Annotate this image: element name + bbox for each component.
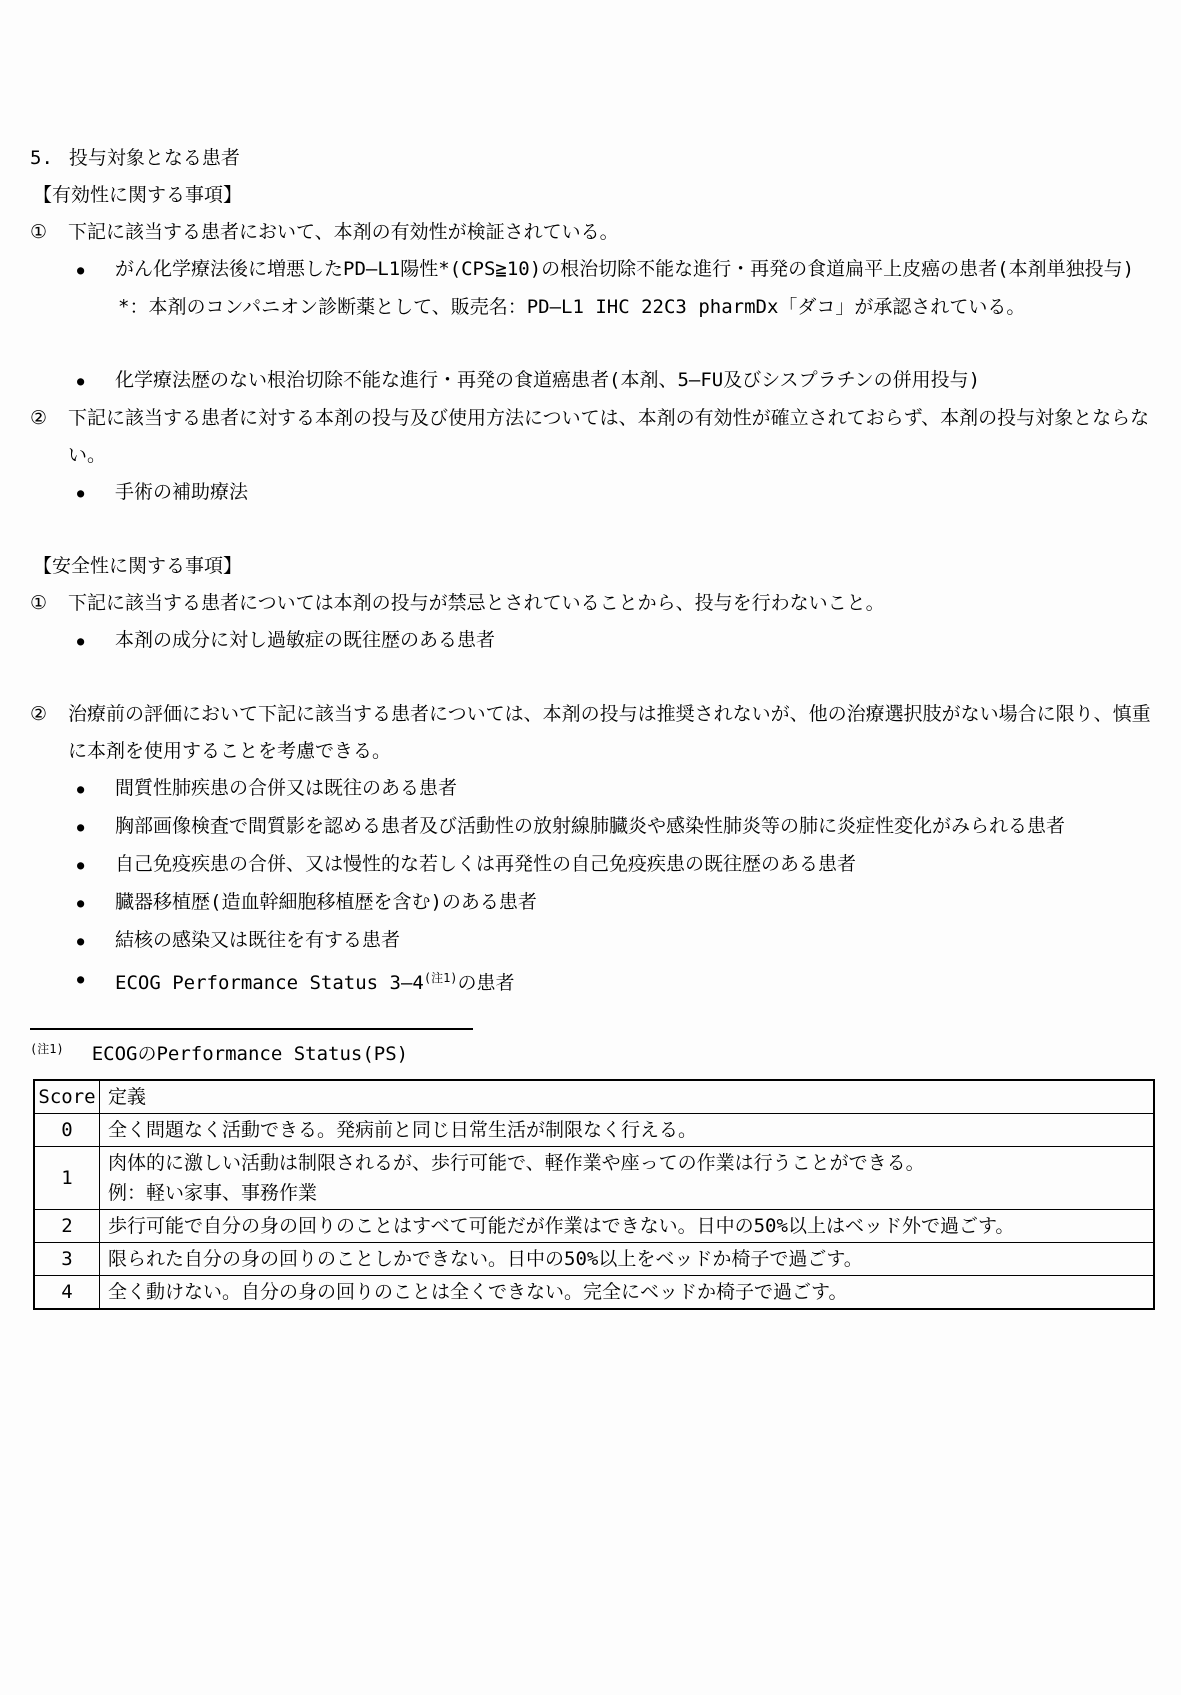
efficacy-item2-bullet-1-text: 手術の補助療法 — [115, 474, 1155, 511]
bullet-icon: ● — [75, 960, 115, 998]
table-row: 4 全く動けない。自分の身の回りのことは全くできない。完全にベッドか椅子で過ごす… — [34, 1276, 1154, 1310]
circled-number-icon: ② — [30, 696, 68, 733]
safety-item2-bullet-2-text: 胸部画像検査で間質影を認める患者及び活動性の放射線肺臓炎や感染性肺炎等の肺に炎症… — [115, 808, 1155, 845]
spacer — [30, 660, 1155, 696]
definition-cell: 全く問題なく活動できる。発病前と同じ日常生活が制限なく行える。 — [100, 1114, 1155, 1147]
bullet-icon: ● — [75, 846, 115, 884]
safety-item2-bullet-1-text: 間質性肺疾患の合併又は既往のある患者 — [115, 770, 1155, 807]
safety-item2-bullet-4: ● 臓器移植歴(造血幹細胞移植歴を含む)のある患者 — [75, 884, 1155, 922]
safety-item2-bullet-4-text: 臓器移植歴(造血幹細胞移植歴を含む)のある患者 — [115, 884, 1155, 921]
footnote: (注1)ECOGのPerformance Status(PS) — [30, 1034, 1155, 1069]
safety-item-1-text: 下記に該当する患者については本剤の投与が禁忌とされていることから、投与を行わない… — [68, 585, 1155, 622]
circled-number-icon: ① — [30, 585, 68, 622]
bullet-icon: ● — [75, 922, 115, 960]
definition-cell: 歩行可能で自分の身の回りのことはすべて可能だが作業はできない。日中の50%以上は… — [100, 1210, 1155, 1243]
efficacy-bullet-2: ● 化学療法歴のない根治切除不能な進行・再発の食道癌患者(本剤、5—FU及びシス… — [75, 362, 1155, 400]
spacer — [30, 512, 1155, 548]
bullet-icon: ● — [75, 770, 115, 808]
table-header-score: Score — [34, 1080, 100, 1114]
spacer — [30, 326, 1155, 362]
definition-line-1: 肉体的に激しい活動は制限されるが、歩行可能で、軽作業や座っての作業は行うことがで… — [108, 1148, 1145, 1178]
bullet-icon: ● — [75, 251, 115, 289]
footnote-ref-superscript: (注1) — [424, 971, 458, 985]
bullet-icon: ● — [75, 808, 115, 846]
table-row: 1 肉体的に激しい活動は制限されるが、歩行可能で、軽作業や座っての作業は行うこと… — [34, 1147, 1154, 1210]
bullet-icon: ● — [75, 474, 115, 512]
safety-item-2-text: 治療前の評価において下記に該当する患者については、本剤の投与は推奨されないが、他… — [68, 696, 1155, 770]
efficacy-item-1: ① 下記に該当する患者において、本剤の有効性が検証されている。 — [30, 214, 1155, 251]
table-row: 0 全く問題なく活動できる。発病前と同じ日常生活が制限なく行える。 — [34, 1114, 1154, 1147]
efficacy-item-2: ② 下記に該当する患者に対する本剤の投与及び使用方法については、本剤の有効性が確… — [30, 400, 1155, 474]
safety-item-1: ① 下記に該当する患者については本剤の投与が禁忌とされていることから、投与を行わ… — [30, 585, 1155, 622]
efficacy-heading: 【有効性に関する事項】 — [33, 177, 1155, 214]
safety-item2-bullet-3: ● 自己免疫疾患の合併、又は慢性的な若しくは再発性の自己免疫疾患の既往歴のある患… — [75, 846, 1155, 884]
safety-item2-bullet-5: ● 結核の感染又は既往を有する患者 — [75, 922, 1155, 960]
bullet-icon: ● — [75, 884, 115, 922]
safety-item2-bullet-1: ● 間質性肺疾患の合併又は既往のある患者 — [75, 770, 1155, 808]
safety-item-2: ② 治療前の評価において下記に該当する患者については、本剤の投与は推奨されないが… — [30, 696, 1155, 770]
score-cell: 1 — [34, 1147, 100, 1210]
safety-item2-bullet-ecog-text: ECOG Performance Status 3—4(注1)の患者 — [115, 960, 1155, 1002]
efficacy-item-1-text: 下記に該当する患者において、本剤の有効性が検証されている。 — [68, 214, 1155, 251]
footnote-separator-line — [30, 1028, 473, 1030]
document-content: 5.投与対象となる患者 【有効性に関する事項】 ① 下記に該当する患者において、… — [30, 140, 1155, 1310]
bullet-icon: ● — [75, 362, 115, 400]
efficacy-bullet-1-text: がん化学療法後に増悪したPD—L1陽性*(CPS≧10)の根治切除不能な進行・再… — [115, 251, 1155, 288]
safety-item2-bullet-2: ● 胸部画像検査で間質影を認める患者及び活動性の放射線肺臓炎や感染性肺炎等の肺に… — [75, 808, 1155, 846]
footnote-marker: (注1) — [30, 1042, 64, 1056]
definition-cell: 全く動けない。自分の身の回りのことは全くできない。完全にベッドか椅子で過ごす。 — [100, 1276, 1155, 1310]
score-cell: 4 — [34, 1276, 100, 1310]
definition-cell: 肉体的に激しい活動は制限されるが、歩行可能で、軽作業や座っての作業は行うことがで… — [100, 1147, 1155, 1210]
section-title: 投与対象となる患者 — [69, 140, 240, 177]
document-page: 5.投与対象となる患者 【有効性に関する事項】 ① 下記に該当する患者において、… — [0, 0, 1181, 1695]
safety-item2-bullet-5-text: 結核の感染又は既往を有する患者 — [115, 922, 1155, 959]
safety-item2-bullet-3-text: 自己免疫疾患の合併、又は慢性的な若しくは再発性の自己免疫疾患の既往歴のある患者 — [115, 846, 1155, 883]
safety-item2-bullet-ecog: ● ECOG Performance Status 3—4(注1)の患者 — [75, 960, 1155, 1002]
safety-heading: 【安全性に関する事項】 — [33, 548, 1155, 585]
efficacy-item-2-text: 下記に該当する患者に対する本剤の投与及び使用方法については、本剤の有効性が確立さ… — [68, 400, 1155, 474]
table-row: 2 歩行可能で自分の身の回りのことはすべて可能だが作業はできない。日中の50%以… — [34, 1210, 1154, 1243]
ecog-ps-table: Score 定義 0 全く問題なく活動できる。発病前と同じ日常生活が制限なく行え… — [33, 1079, 1155, 1310]
score-cell: 2 — [34, 1210, 100, 1243]
efficacy-bullet-1: ● がん化学療法後に増悪したPD—L1陽性*(CPS≧10)の根治切除不能な進行… — [75, 251, 1155, 289]
score-cell: 0 — [34, 1114, 100, 1147]
definition-cell: 限られた自分の身の回りのことしかできない。日中の50%以上をベッドか椅子で過ごす… — [100, 1243, 1155, 1276]
safety-item1-bullet-1: ● 本剤の成分に対し過敏症の既往歴のある患者 — [75, 622, 1155, 660]
safety-item1-bullet-1-text: 本剤の成分に対し過敏症の既往歴のある患者 — [115, 622, 1155, 659]
table-header-definition: 定義 — [100, 1080, 1155, 1114]
definition-line-2: 例：軽い家事、事務作業 — [108, 1178, 1145, 1208]
companion-diagnostic-note: *：本剤のコンパニオン診断薬として、販売名：PD—L1 IHC 22C3 pha… — [118, 289, 1155, 326]
ecog-text: ECOG Performance Status 3—4 — [115, 972, 424, 994]
circled-number-icon: ① — [30, 214, 68, 251]
table-row: 3 限られた自分の身の回りのことしかできない。日中の50%以上をベッドか椅子で過… — [34, 1243, 1154, 1276]
section-heading: 5.投与対象となる患者 — [30, 140, 1155, 177]
footnote-title: ECOGのPerformance Status(PS) — [92, 1043, 408, 1065]
efficacy-bullet-2-text: 化学療法歴のない根治切除不能な進行・再発の食道癌患者(本剤、5—FU及びシスプラ… — [115, 362, 1155, 399]
ecog-text-suffix: の患者 — [458, 972, 515, 994]
bullet-icon: ● — [75, 622, 115, 660]
section-number: 5. — [30, 140, 53, 177]
score-cell: 3 — [34, 1243, 100, 1276]
table-header-row: Score 定義 — [34, 1080, 1154, 1114]
efficacy-item2-bullet-1: ● 手術の補助療法 — [75, 474, 1155, 512]
circled-number-icon: ② — [30, 400, 68, 437]
